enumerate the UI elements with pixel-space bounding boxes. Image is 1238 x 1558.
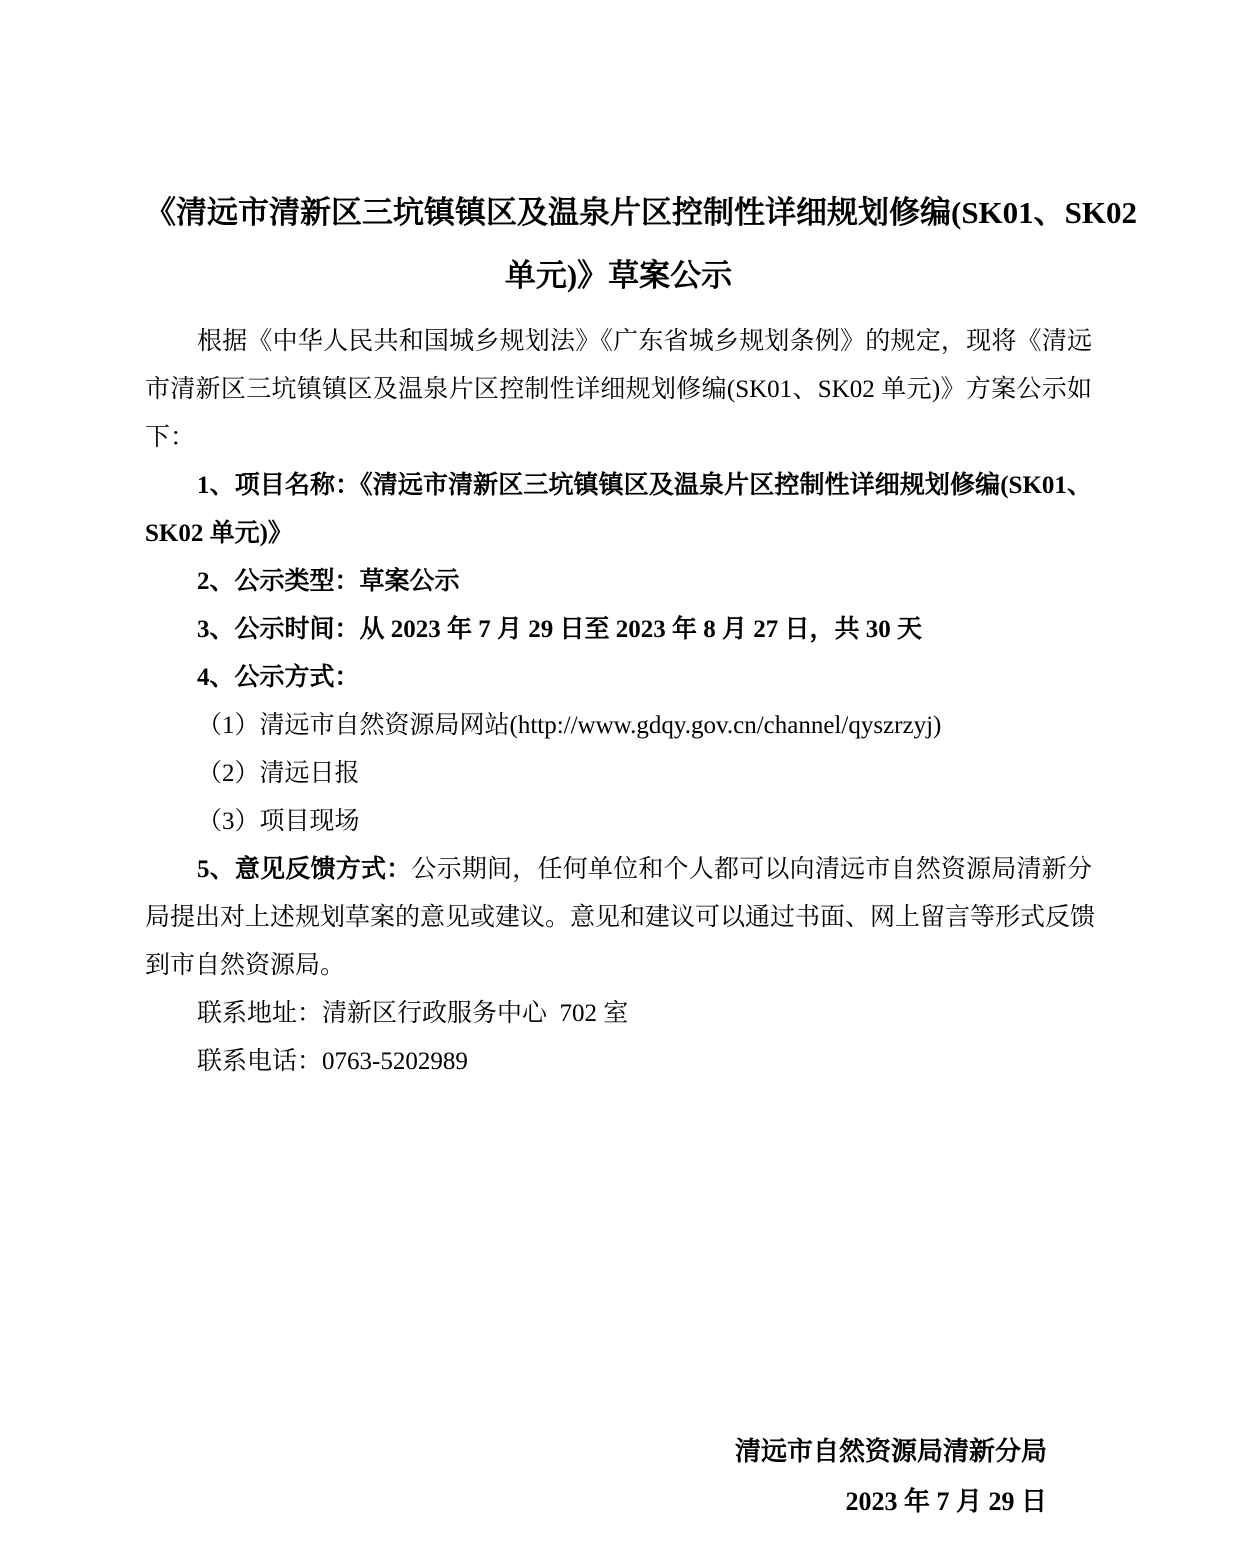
method-item-1: （1）清远市自然资源局网站(http://www.gdqy.gov.cn/cha… (145, 702, 1092, 750)
item-5-line-3: 到市自然资源局。 (145, 942, 1092, 990)
title-line-1: 《清远市清新区三坑镇镇区及温泉片区控制性详细规划修编(SK01、SK02 (145, 181, 1092, 244)
document-body: 《清远市清新区三坑镇镇区及温泉片区控制性详细规划修编(SK01、SK02 单元)… (0, 0, 1238, 1527)
contact-phone: 联系电话：0763-5202989 (145, 1038, 1092, 1086)
contact-address: 联系地址：清新区行政服务中心 702 室 (145, 990, 1092, 1038)
method-item-3: （3）项目现场 (145, 798, 1092, 846)
intro-paragraph: 根据《中华人民共和国城乡规划法》《广东省城乡规划条例》的规定，现将《清远 市清新… (145, 318, 1092, 462)
item-1-line-1: 1、项目名称：《清远市清新区三坑镇镇区及温泉片区控制性详细规划修编(SK01、 (145, 462, 1092, 510)
method-item-2: （2）清远日报 (145, 750, 1092, 798)
intro-line-3: 下： (145, 414, 1092, 462)
item-3-notice-period: 3、公示时间：从 2023 年 7 月 29 日至 2023 年 8 月 27 … (145, 606, 1092, 654)
signature-org: 清远市自然资源局清新分局 (145, 1427, 1047, 1477)
item-1-project-name: 1、项目名称：《清远市清新区三坑镇镇区及温泉片区控制性详细规划修编(SK01、 … (145, 462, 1092, 558)
item-5-text: 公示期间，任何单位和个人都可以向清远市自然资源局清新分 (411, 856, 1092, 883)
intro-line-1: 根据《中华人民共和国城乡规划法》《广东省城乡规划条例》的规定，现将《清远 (145, 318, 1092, 366)
item-5-label: 5、意见反馈方式： (197, 856, 411, 883)
item-5-line-1: 5、意见反馈方式：公示期间，任何单位和个人都可以向清远市自然资源局清新分 (145, 846, 1092, 894)
signature-date: 2023 年 7 月 29 日 (145, 1477, 1047, 1527)
notice-text: 根据《中华人民共和国城乡规划法》《广东省城乡规划条例》的规定，现将《清远 市清新… (145, 318, 1092, 1086)
document-title: 《清远市清新区三坑镇镇区及温泉片区控制性详细规划修编(SK01、SK02 单元)… (145, 181, 1092, 307)
item-4-notice-method: 4、公示方式： (145, 654, 1092, 702)
item-5-feedback: 5、意见反馈方式：公示期间，任何单位和个人都可以向清远市自然资源局清新分 局提出… (145, 846, 1092, 990)
item-5-line-2: 局提出对上述规划草案的意见或建议。意见和建议可以通过书面、网上留言等形式反馈 (145, 894, 1092, 942)
title-line-2: 单元)》草案公示 (145, 244, 1092, 307)
signature-block: 清远市自然资源局清新分局 2023 年 7 月 29 日 (145, 1427, 1092, 1527)
item-1-line-2: SK02 单元)》 (145, 510, 1092, 558)
method-list: （1）清远市自然资源局网站(http://www.gdqy.gov.cn/cha… (145, 702, 1092, 846)
page: 《清远市清新区三坑镇镇区及温泉片区控制性详细规划修编(SK01、SK02 单元)… (0, 0, 1238, 1558)
item-2-notice-type: 2、公示类型：草案公示 (145, 558, 1092, 606)
intro-line-2: 市清新区三坑镇镇区及温泉片区控制性详细规划修编(SK01、SK02 单元)》方案… (145, 366, 1092, 414)
